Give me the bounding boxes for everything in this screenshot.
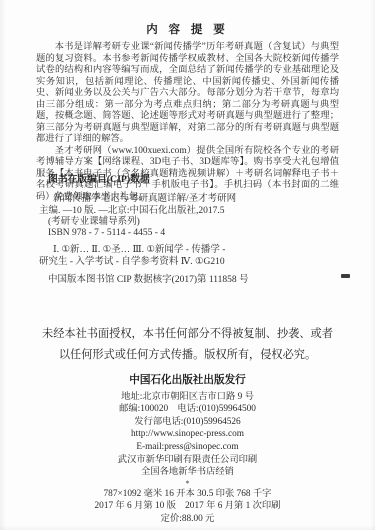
cip-data-block: 图书在版编目(CIP)数据 新闻传播学笔记与考研真题详解/圣才考研网 主编. —…: [39, 174, 339, 286]
publisher-name: 中国石化出版社出版发行: [0, 375, 375, 388]
publisher-postal-phone: 邮编:100020 电话:(010)59964500: [0, 403, 375, 416]
publisher-email: E-mail:press@sinopec.com: [0, 441, 375, 454]
colophon-block: 中国石化出版社出版发行 地址:北京市朝阳区吉市口路 9 号 邮编:100020 …: [0, 375, 375, 526]
copyright-notice: 未经本社书面授权，本书任何部分不得被复制、抄袭、或者 以任何形式或任何方式传播。…: [0, 324, 375, 366]
content-summary-title: 内 容 提 要: [0, 21, 375, 37]
edition-line: 2017 年 6 月第 10 版 2017 年 6 月第 1 次印刷: [0, 500, 375, 513]
price-line: 定价:88.00 元: [0, 513, 375, 526]
cip-record-number: 中国版本图书馆 CIP 数据核字(2017)第 111858 号: [39, 275, 339, 286]
publisher-address: 地址:北京市朝阳区吉市口路 9 号: [0, 391, 375, 404]
distribution-phone: 发行部电话:(010)59964526: [0, 416, 375, 429]
summary-paragraph-1: 本书是详解考研专业课“新闻传播学”历年考研真题（含复试）与典型题的复习资料。本书…: [36, 42, 339, 146]
cip-series-line: (考研专业课辅导系列): [39, 217, 339, 228]
format-line: 787×1092 毫米 16 开本 30.5 印张 768 千字: [0, 488, 375, 501]
cip-title-line-1: 新闻传播学笔记与考研真题详解/圣才考研网: [39, 194, 339, 205]
book-copyright-page: 内 容 提 要 本书是详解考研专业课“新闻传播学”历年考研真题（含复试）与典型题…: [0, 0, 375, 530]
cip-heading: 图书在版编目(CIP)数据: [39, 174, 339, 185]
copyright-notice-line-1: 未经本社书面授权，本书任何部分不得被复制、抄袭、或者: [0, 324, 375, 345]
distributor-line: 全国各地新华书店经销: [0, 466, 375, 479]
star-divider: *: [0, 479, 375, 488]
cip-subject-line-2: 研究生 - 入学考试 - 自学参考资料 Ⅳ. ①G210: [39, 257, 339, 268]
copyright-notice-line-2: 以任何形式或任何方式传播。版权所有，侵权必究。: [0, 345, 375, 366]
publisher-website: http://www.sinopec-press.com: [0, 428, 375, 441]
cip-subject-line-1: Ⅰ. ①新… Ⅱ. ①圣… Ⅲ. ①新闻学 - 传播学 -: [39, 245, 339, 256]
scan-artifact-dash: [341, 274, 350, 278]
printer-line: 武汉市新华印刷有限责任公司印刷: [0, 454, 375, 467]
cip-title-line-2: 主编. —10 版. —北京:中国石化出版社,2017.5: [39, 206, 339, 217]
cip-isbn-line: ISBN 978 - 7 - 5114 - 4455 - 4: [39, 228, 339, 239]
